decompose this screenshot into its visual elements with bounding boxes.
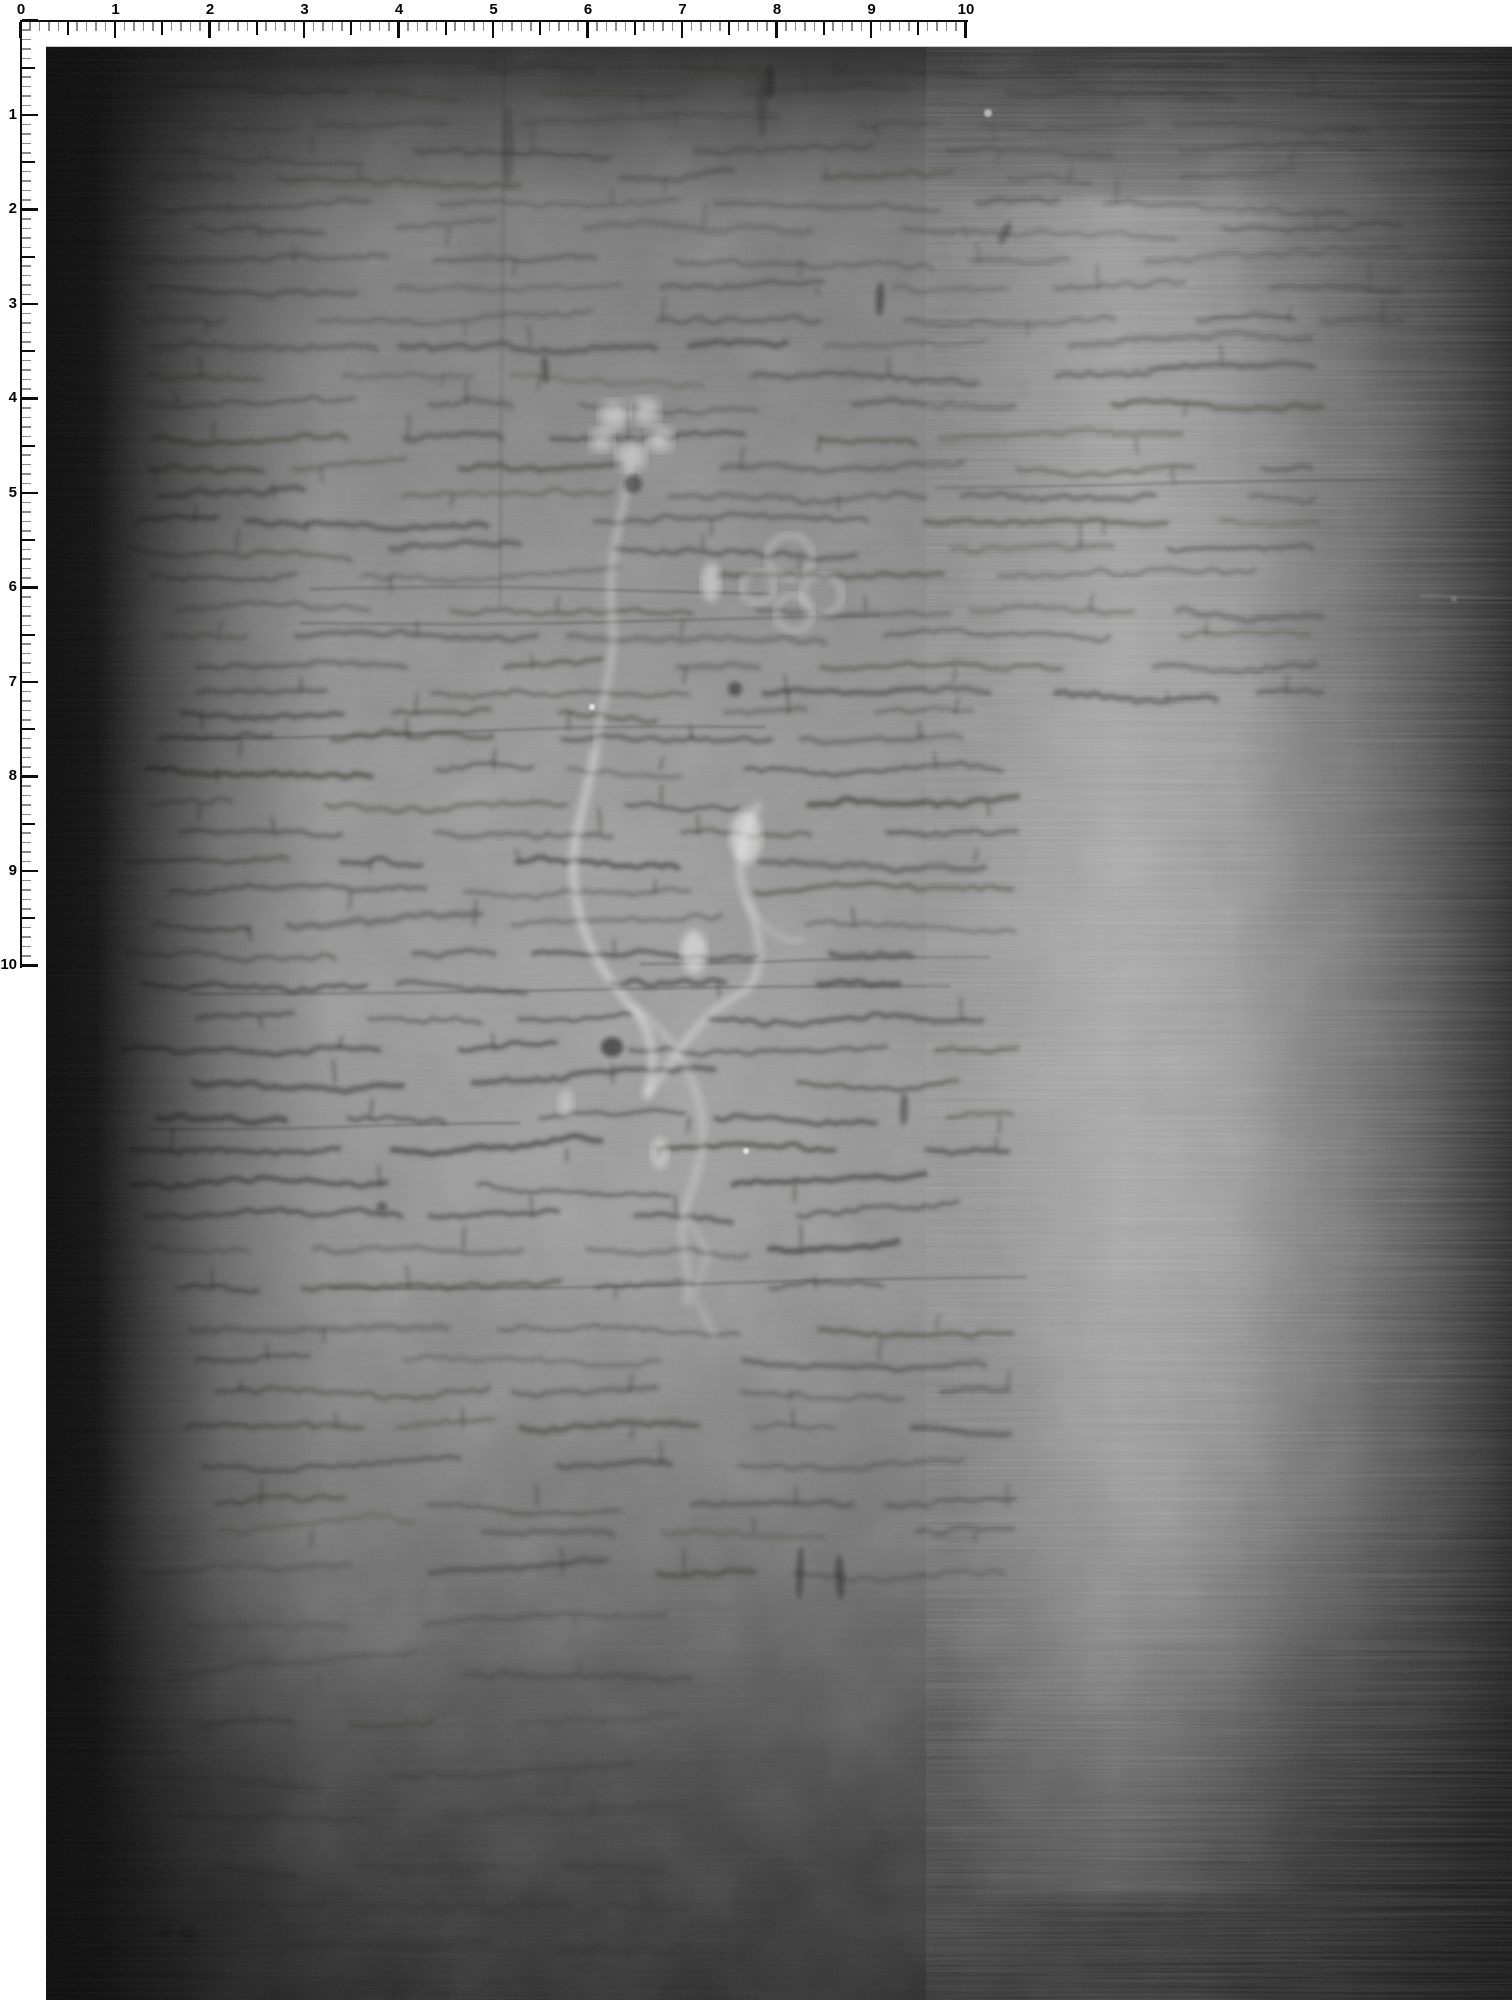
ruler-tick — [237, 22, 239, 31]
ruler-tick — [199, 22, 201, 31]
scan-viewport: 012345678910 12345678910 — [0, 0, 1512, 2000]
ruler-tick — [48, 22, 50, 31]
ruler-tick — [22, 775, 38, 778]
ruler-tick — [22, 436, 31, 438]
ruler-tick — [22, 681, 38, 684]
ruler-label: 8 — [773, 2, 781, 18]
ruler-tick — [22, 218, 31, 220]
ruler-tick — [284, 22, 286, 31]
ruler-tick — [653, 22, 655, 31]
ruler-tick — [22, 747, 31, 749]
ruler-tick — [426, 22, 428, 31]
ruler-tick — [388, 22, 390, 31]
ruler-tick — [22, 133, 31, 135]
ruler-tick — [473, 22, 475, 31]
manuscript-photo-render — [46, 47, 1512, 2000]
ruler-tick — [22, 143, 31, 145]
ruler-tick — [539, 22, 541, 35]
ruler-tick — [775, 22, 778, 38]
ruler-label: 5 — [489, 2, 497, 18]
ruler-tick — [22, 596, 31, 598]
ruler-tick — [22, 577, 31, 579]
ruler-tick — [454, 22, 456, 31]
ruler-tick — [22, 832, 31, 834]
ruler-tick — [22, 917, 35, 919]
ruler-tick — [22, 483, 31, 485]
ruler-tick — [22, 511, 31, 513]
ruler-tick — [22, 889, 31, 891]
manuscript-photo — [46, 46, 1512, 2000]
ruler-tick — [946, 22, 948, 31]
ruler-tick — [22, 851, 31, 853]
ruler-label: 2 — [0, 201, 17, 217]
ruler-tick — [823, 22, 825, 35]
ruler-tick — [22, 76, 31, 78]
ruler-tick — [851, 22, 853, 31]
ruler-tick — [22, 445, 35, 447]
ruler-tick — [728, 22, 730, 35]
ruler-label: 4 — [395, 2, 403, 18]
ruler-tick — [22, 464, 31, 466]
ruler-tick — [662, 22, 664, 31]
ruler-tick — [22, 643, 31, 645]
ruler-tick — [880, 22, 882, 31]
ruler-tick — [218, 22, 220, 31]
ruler-tick — [22, 208, 38, 211]
ruler-tick — [785, 22, 787, 31]
ruler-tick — [691, 22, 693, 31]
ruler-tick — [22, 417, 31, 419]
ruler-tick — [586, 22, 589, 38]
ruler-tick — [228, 22, 230, 31]
ruler-tick — [757, 22, 759, 31]
ruler-tick — [22, 492, 38, 495]
ruler-tick — [22, 766, 31, 768]
ruler-tick — [681, 22, 684, 38]
ruler-tick — [483, 22, 485, 31]
ruler-tick — [341, 22, 343, 31]
ruler-tick — [143, 22, 145, 31]
ruler-tick — [22, 19, 38, 22]
ruler-tick — [22, 124, 31, 126]
ruler-tick — [180, 22, 182, 31]
ruler-tick — [294, 22, 296, 31]
ruler-tick — [889, 22, 891, 31]
ruler-tick — [22, 634, 35, 636]
ruler-tick — [22, 426, 31, 428]
ruler-tick — [861, 22, 863, 31]
ruler-tick — [22, 502, 31, 504]
ruler-tick — [407, 22, 409, 31]
ruler-label: 1 — [111, 2, 119, 18]
ruler-tick — [67, 22, 69, 35]
ruler-tick — [22, 284, 31, 286]
ruler-tick — [870, 22, 873, 38]
ruler-label: 3 — [0, 296, 17, 312]
ruler-tick — [22, 691, 31, 693]
ruler-tick — [22, 653, 31, 655]
ruler-tick — [22, 67, 35, 69]
ruler-tick — [492, 22, 495, 38]
ruler-label: 9 — [0, 863, 17, 879]
ruler-label: 10 — [0, 957, 17, 973]
ruler-tick — [350, 22, 352, 35]
film-grain — [46, 47, 1512, 2000]
ruler-tick — [58, 22, 60, 31]
ruler-tick — [22, 360, 31, 362]
ruler-tick — [577, 22, 579, 31]
ruler-tick — [22, 180, 31, 182]
ruler-tick — [22, 388, 31, 390]
ruler-tick — [719, 22, 721, 31]
ruler-tick — [22, 719, 31, 721]
ruler-tick — [379, 22, 381, 31]
ruler-tick — [804, 22, 806, 31]
ruler-tick — [625, 22, 627, 31]
ruler-label: 6 — [584, 2, 592, 18]
ruler-tick — [22, 152, 31, 154]
ruler-tick — [22, 842, 31, 844]
ruler-tick — [549, 22, 551, 31]
ruler-tick — [899, 22, 901, 31]
ruler-tick — [22, 237, 31, 239]
ruler-tick — [700, 22, 702, 31]
ruler-tick — [22, 586, 38, 589]
ruler-label: 6 — [0, 579, 17, 595]
ruler-tick — [22, 728, 35, 730]
ruler-tick — [814, 22, 816, 31]
ruler-tick — [22, 814, 31, 816]
ruler-label: 7 — [678, 2, 686, 18]
ruler-tick — [397, 22, 400, 38]
ruler-tick — [303, 22, 306, 38]
ruler-tick — [22, 369, 31, 371]
ruler-tick — [152, 22, 154, 31]
ruler-tick — [22, 662, 31, 664]
ruler-tick — [22, 407, 31, 409]
ruler-label: 8 — [0, 768, 17, 784]
ruler-tick — [22, 256, 35, 258]
ruler-tick — [917, 22, 919, 35]
ruler-tick — [22, 615, 31, 617]
ruler-tick — [22, 39, 31, 41]
ruler-tick — [672, 22, 674, 31]
ruler-tick — [39, 22, 41, 31]
ruler-tick — [22, 86, 31, 88]
ruler-tick — [445, 22, 447, 35]
ruler-tick — [369, 22, 371, 31]
ruler-tick — [22, 908, 31, 910]
ruler-tick — [417, 22, 419, 31]
ruler-tick — [22, 275, 31, 277]
ruler-tick — [124, 22, 126, 31]
ruler-label: 4 — [0, 390, 17, 406]
ruler-tick — [521, 22, 523, 31]
ruler-tick — [114, 22, 117, 38]
ruler-tick — [596, 22, 598, 31]
ruler-tick — [936, 22, 938, 31]
ruler-tick — [171, 22, 173, 31]
ruler-tick — [964, 22, 967, 38]
ruler-tick — [464, 22, 466, 31]
ruler-tick — [360, 22, 362, 31]
ruler-tick — [634, 22, 636, 35]
ruler-tick — [22, 190, 31, 192]
ruler-tick — [22, 936, 31, 938]
ruler-tick — [22, 625, 31, 627]
ruler-tick — [22, 672, 31, 674]
ruler-tick — [22, 473, 31, 475]
ruler-tick — [22, 303, 38, 306]
ruler-tick — [22, 861, 31, 863]
ruler-tick — [22, 700, 31, 702]
ruler-tick — [22, 955, 31, 957]
ruler-tick — [190, 22, 192, 31]
ruler-tick — [710, 22, 712, 31]
ruler-tick — [22, 539, 35, 541]
ruler-tick — [738, 22, 740, 31]
ruler-tick — [208, 22, 211, 38]
ruler-tick — [511, 22, 513, 31]
ruler-tick — [22, 710, 31, 712]
ruler-tick — [502, 22, 504, 31]
ruler-tick — [22, 95, 31, 97]
ruler-tick — [606, 22, 608, 31]
ruler-tick — [86, 22, 88, 31]
ruler-tick — [22, 332, 31, 334]
ruler-tick — [76, 22, 78, 31]
ruler-tick — [22, 964, 38, 967]
ruler-tick — [22, 521, 31, 523]
ruler-tick — [275, 22, 277, 31]
ruler-tick — [22, 454, 31, 456]
ruler-tick — [22, 294, 31, 296]
ruler-tick — [22, 899, 31, 901]
ruler-tick — [747, 22, 749, 31]
ruler-tick — [105, 22, 107, 31]
ruler-tick — [22, 247, 31, 249]
ruler-tick — [265, 22, 267, 31]
ruler-tick — [22, 870, 38, 873]
ruler-tick — [256, 22, 258, 35]
ruler-tick — [22, 880, 31, 882]
ruler-tick — [22, 350, 35, 352]
ruler-tick — [22, 927, 31, 929]
ruler-tick — [22, 804, 31, 806]
ruler-tick — [22, 795, 31, 797]
ruler-tick — [22, 785, 31, 787]
ruler-label: 3 — [300, 2, 308, 18]
ruler-tick — [22, 341, 31, 343]
ruler-tick — [22, 29, 31, 31]
ruler-tick — [22, 738, 31, 740]
ruler-tick — [22, 946, 31, 948]
ruler-tick — [22, 58, 31, 60]
ruler-tick — [955, 22, 957, 31]
ruler-tick — [615, 22, 617, 31]
ruler-tick — [22, 161, 35, 163]
ruler-tick — [133, 22, 135, 31]
ruler-tick — [22, 322, 31, 324]
ruler-tick — [22, 199, 31, 201]
ruler-tick — [795, 22, 797, 31]
ruler-label: 0 — [17, 2, 25, 18]
ruler-tick — [161, 22, 163, 35]
ruler-tick — [22, 313, 31, 315]
ruler-tick — [436, 22, 438, 31]
ruler-tick — [22, 379, 31, 381]
ruler-tick — [22, 265, 31, 267]
ruler-tick — [22, 568, 31, 570]
ruler-tick — [332, 22, 334, 31]
ruler-label: 5 — [0, 485, 17, 501]
ruler-tick — [22, 549, 31, 551]
ruler-tick — [22, 530, 31, 532]
ruler-tick — [313, 22, 315, 31]
ruler-label: 2 — [206, 2, 214, 18]
ruler-tick — [22, 823, 35, 825]
ruler-label: 1 — [0, 107, 17, 123]
ruler-label: 7 — [0, 674, 17, 690]
ruler-tick — [22, 558, 31, 560]
ruler-tick — [322, 22, 324, 31]
ruler-tick — [22, 114, 38, 117]
ruler-label: 10 — [958, 2, 975, 18]
ruler-tick — [22, 171, 31, 173]
ruler-tick — [643, 22, 645, 31]
ruler-tick — [95, 22, 97, 31]
ruler-tick — [842, 22, 844, 31]
ruler-tick — [22, 48, 31, 50]
ruler-tick — [22, 757, 31, 759]
ruler-tick — [22, 105, 31, 107]
ruler-tick — [558, 22, 560, 31]
ruler-tick — [22, 606, 31, 608]
ruler-tick — [530, 22, 532, 31]
ruler-tick — [832, 22, 834, 31]
ruler-tick — [22, 228, 31, 230]
ruler-label: 9 — [867, 2, 875, 18]
ruler-tick — [22, 397, 38, 400]
ruler-tick — [927, 22, 929, 31]
ruler-tick — [568, 22, 570, 31]
ruler-tick — [908, 22, 910, 31]
ruler-tick — [247, 22, 249, 31]
ruler-tick — [766, 22, 768, 31]
